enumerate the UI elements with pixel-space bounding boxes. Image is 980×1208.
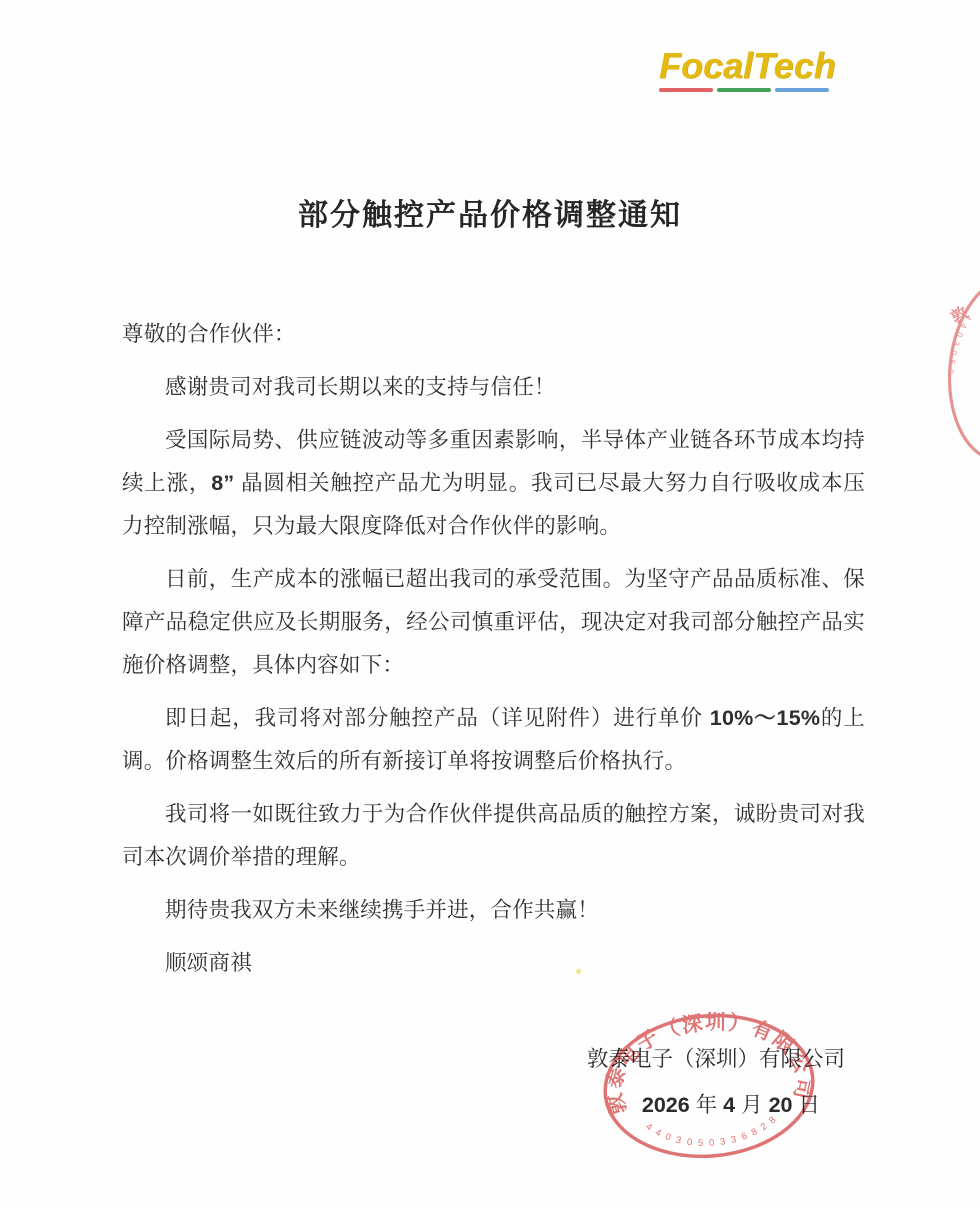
focaltech-logo: FocalTech [659, 48, 833, 92]
edge-seal: 敦 4403050 [910, 264, 980, 476]
text-run: 尊敬的合作伙伴： [122, 322, 296, 346]
date-number: 20 [769, 1093, 793, 1117]
paragraph: 尊敬的合作伙伴： [122, 313, 865, 356]
letter-title: 部分触控产品价格调整通知 [0, 190, 980, 234]
edge-seal-ellipse [941, 271, 980, 466]
edge-seal-character: 敦 [948, 303, 971, 327]
text-run: 顺颂商祺 [165, 951, 252, 975]
logo-underline-green-segment [717, 88, 771, 92]
date-text: 年 [690, 1093, 723, 1117]
paragraph: 我司将一如既往致力于为合作伙伴提供高品质的触控方案，诚盼贵司对我司本次调价举措的… [122, 793, 865, 879]
svg-text:4403050: 4403050 [945, 312, 974, 381]
letter-page: FocalTech 部分触控产品价格调整通知 尊敬的合作伙伴：感谢贵司对我司长期… [0, 0, 980, 1208]
text-run: 期待贵我双方未来继续携手并进，合作共赢！ [165, 898, 599, 922]
paragraph: 期待贵我双方未来继续携手并进，合作共赢！ [122, 889, 865, 932]
bold-text-run: 8” [211, 471, 234, 495]
bold-text-run: 10%～15% [710, 706, 820, 730]
text-run: 晶圆相关触控产品尤为明显。我司已尽最大努力自行吸收成本压力控制涨幅，只为最大限度… [122, 471, 865, 538]
letter-body: 尊敬的合作伙伴：感谢贵司对我司长期以来的支持与信任！受国际局势、供应链波动等多重… [122, 313, 865, 995]
logo-underline-red-segment [659, 88, 713, 92]
signature-date: 2026 年 4 月 20 日 [587, 1082, 820, 1128]
text-run: 日前，生产成本的涨幅已超出我司的承受范围。为坚守产品品质标准、保障产品稳定供应及… [122, 567, 865, 677]
paragraph: 顺颂商祺 [122, 942, 865, 985]
paragraph: 日前，生产成本的涨幅已超出我司的承受范围。为坚守产品品质标准、保障产品稳定供应及… [122, 558, 865, 687]
date-number: 4 [723, 1093, 735, 1117]
scan-speck [576, 969, 581, 974]
paragraph: 感谢贵司对我司长期以来的支持与信任！ [122, 366, 865, 409]
logo-underline-blue-segment [775, 88, 829, 92]
paragraph: 即日起，我司将对部分触控产品（详见附件）进行单价 10%～15%的上调。价格调整… [122, 697, 865, 783]
signature-company: 敦泰电子（深圳）有限公司 [587, 1036, 845, 1082]
edge-seal-number-text: 4403050 [945, 312, 974, 381]
text-run: 感谢贵司对我司长期以来的支持与信任！ [165, 375, 556, 399]
paragraph: 受国际局势、供应链波动等多重因素影响，半导体产业链各环节成本均持续上涨，8” 晶… [122, 419, 865, 548]
date-text: 日 [793, 1093, 820, 1117]
date-text: 月 [735, 1093, 768, 1117]
date-number: 2026 [642, 1093, 690, 1117]
text-run: 我司将一如既往致力于为合作伙伴提供高品质的触控方案，诚盼贵司对我司本次调价举措的… [122, 802, 865, 869]
focaltech-logo-underline [659, 88, 829, 92]
signature-block: 敦泰电子（深圳）有限公司 2026 年 4 月 20 日 [587, 1036, 845, 1128]
text-run: 即日起，我司将对部分触控产品（详见附件）进行单价 [165, 706, 710, 730]
focaltech-logo-text: FocalTech [659, 48, 833, 84]
